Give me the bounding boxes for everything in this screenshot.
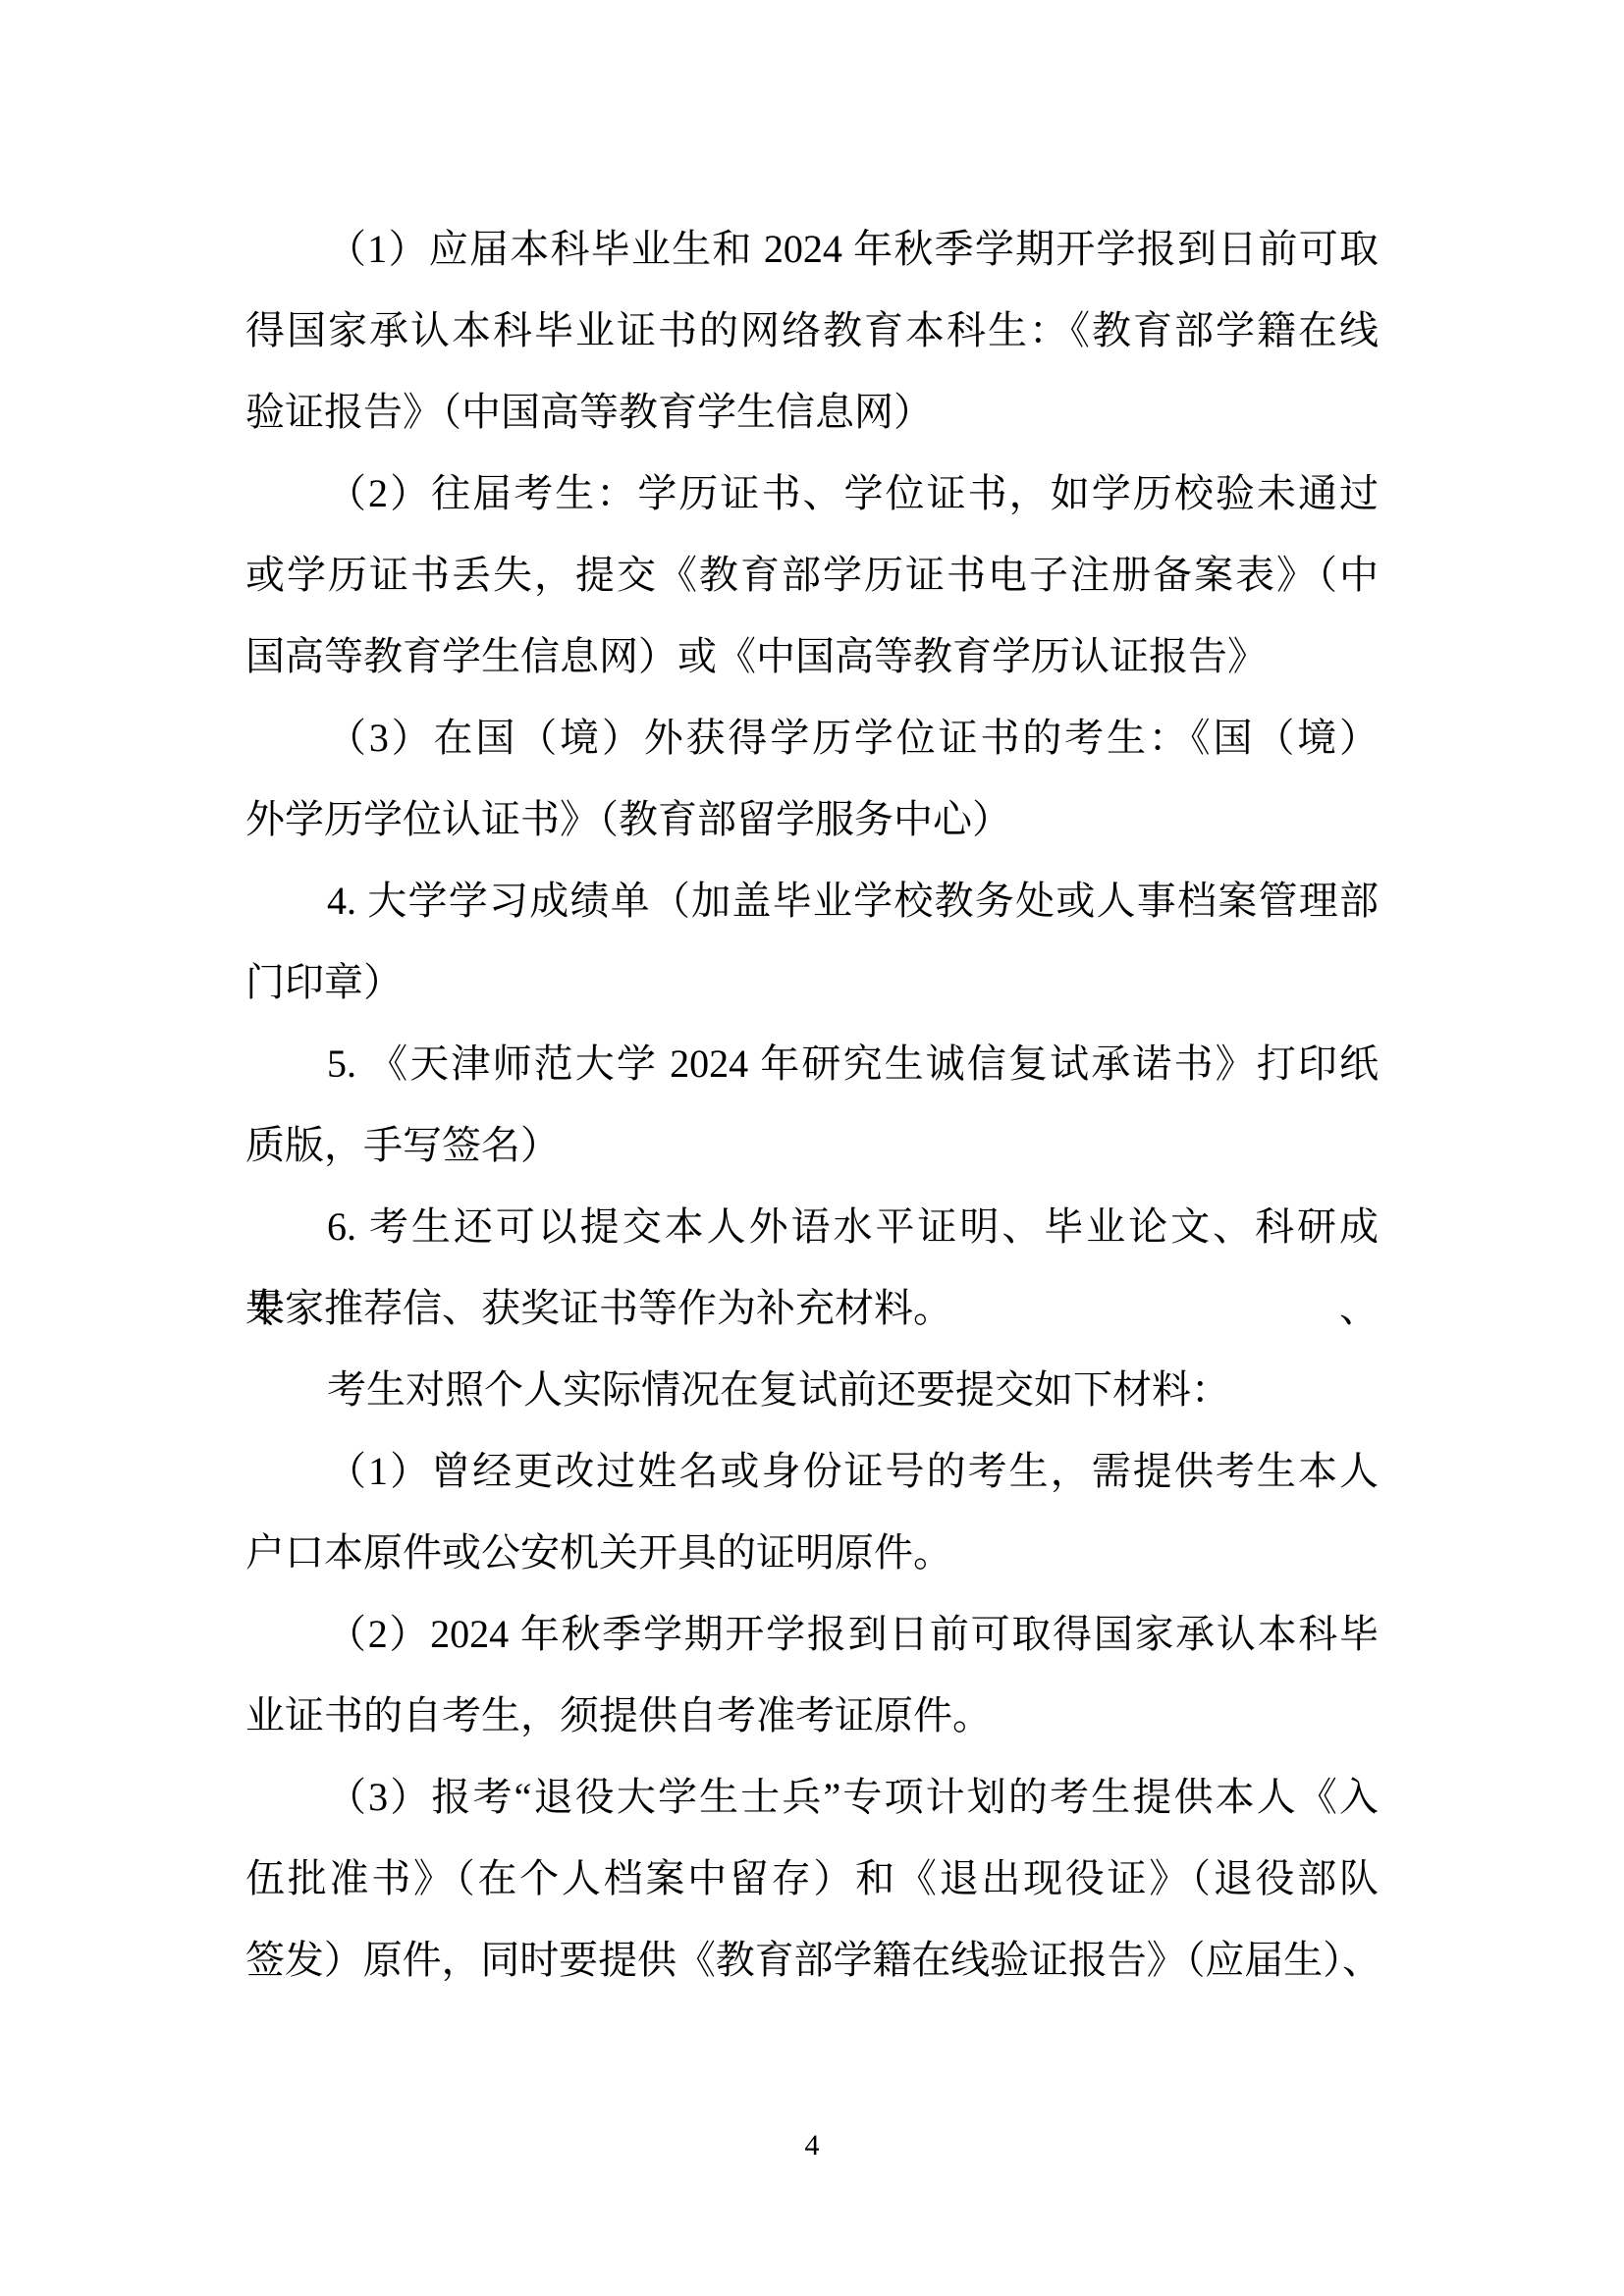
- text-line: 户口本原件或公安机关开具的证明原件。: [245, 1512, 1379, 1593]
- text-line: （3）报考“退役大学生士兵”专项计划的考生提供本人《入: [245, 1756, 1379, 1838]
- text-line: 验证报告》（中国高等教育学生信息网）: [245, 371, 1379, 453]
- text-line: 业证书的自考生，须提供自考准考证原件。: [245, 1675, 1379, 1756]
- text-line: 签发）原件，同时要提供《教育部学籍在线验证报告》（应届生）、: [245, 1919, 1379, 2001]
- text-line: （3）在国（境）外获得学历学位证书的考生：《国（境）: [245, 697, 1379, 778]
- text-content: （1）应届本科毕业生和 2024 年秋季学期开学报到日前可取 得国家承认本科毕业…: [245, 208, 1379, 2001]
- text-line: 门印章）: [245, 941, 1379, 1023]
- text-line: （2）2024 年秋季学期开学报到日前可取得国家承认本科毕: [245, 1593, 1379, 1675]
- text-line: 5. 《天津师范大学 2024 年研究生诚信复试承诺书》打印纸: [245, 1023, 1379, 1104]
- text-line: 质版，手写签名）: [245, 1104, 1379, 1186]
- page-number: 4: [0, 2128, 1624, 2163]
- text-line: 国高等教育学生信息网）或《中国高等教育学历认证报告》: [245, 615, 1379, 697]
- text-line: 6. 考生还可以提交本人外语水平证明、毕业论文、科研成果、: [245, 1186, 1379, 1267]
- text-line: 外学历学位认证书》（教育部留学服务中心）: [245, 778, 1379, 860]
- text-line: 4. 大学学习成绩单（加盖毕业学校教务处或人事档案管理部: [245, 860, 1379, 941]
- text-line: 或学历证书丢失，提交《教育部学历证书电子注册备案表》（中: [245, 534, 1379, 615]
- document-page: （1）应届本科毕业生和 2024 年秋季学期开学报到日前可取 得国家承认本科毕业…: [0, 0, 1624, 2296]
- text-line: 考生对照个人实际情况在复试前还要提交如下材料：: [245, 1349, 1379, 1430]
- text-line: （1）曾经更改过姓名或身份证号的考生，需提供考生本人: [245, 1430, 1379, 1512]
- text-line: （1）应届本科毕业生和 2024 年秋季学期开学报到日前可取: [245, 208, 1379, 290]
- text-line: （2）往届考生：学历证书、学位证书，如学历校验未通过: [245, 453, 1379, 534]
- text-line: 得国家承认本科毕业证书的网络教育本科生：《教育部学籍在线: [245, 290, 1379, 371]
- text-line: 伍批准书》（在个人档案中留存）和《退出现役证》（退役部队: [245, 1838, 1379, 1919]
